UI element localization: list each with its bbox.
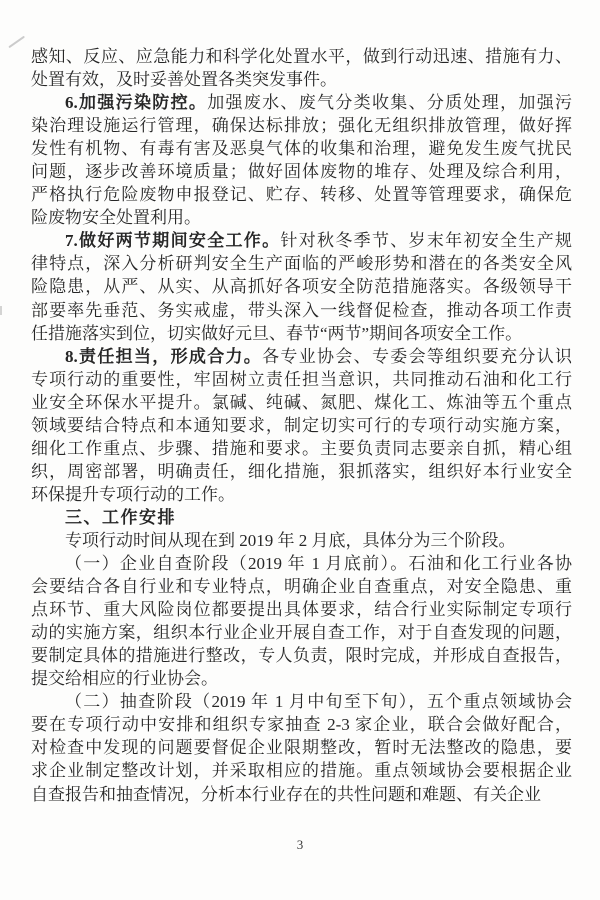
doc-line: 环保提升专项行动的工作。 [31,483,572,506]
doc-line: （二）抽查阶段（2019 年 1 月中旬至下旬），五个重点领域协会 [31,690,572,713]
doc-line: 提交给相应的行业协会。 [31,667,572,690]
text-run: 针对秋冬季节、岁末年初安全生产规 [280,231,572,250]
text-run: 感知、反应、应急能力和科学化处置水平，做到行动迅速、措施有力、 [31,47,572,66]
doc-line: 专项行动的重要性，牢固树立责任担当意识，共同推动石油和化工行 [31,368,572,391]
doc-line: 险隐患，从严、从实、从高抓好各项安全防范措施落实。各级领导干 [31,275,572,298]
text-run: 处置有效，及时妥善处置各类突发事件。 [31,70,337,89]
text-run: 对检查中发现的问题要督促企业限期整改，暂时无法整改的隐患，要 [31,738,572,757]
text-run: 业安全环保水平提升。氯碱、纯碱、氮肥、煤化工、炼油等五个重点 [31,393,572,412]
text-run: 各专业协会、专委会等组织要充分认识 [262,347,572,366]
doc-line: 点环节、重大风险岗位都要提出具体要求，结合行业实际制定专项行 [31,598,572,621]
text-run: 要制定具体的措施进行整改，专人负责，限时完成，并形成自查报告， [31,646,572,665]
text-run: 领域要结合特点和本通知要求，制定切实可行的专项行动实施方案， [31,416,572,435]
doc-line: 细化工作重点、步骤、措施和要求。主要负责同志要亲自抓，精心组 [31,437,572,460]
doc-line: 感知、反应、应急能力和科学化处置水平，做到行动迅速、措施有力、 [31,45,572,68]
doc-line: 问题，逐步改善环境质量；做好固体废物的堆存、处理及综合利用， [31,160,572,183]
text-run: 求企业制定整改计划，并采取相应的措施。重点领域协会要根据企业 [31,761,572,780]
doc-line: 严格执行危险废物申报登记、贮存、转移、处置等管理要求，确保危 [31,183,572,206]
text-run: （二）抽查阶段（2019 年 1 月中旬至下旬），五个重点领域协会 [65,692,572,711]
doc-line: 领域要结合特点和本通知要求，制定切实可行的专项行动实施方案， [31,414,572,437]
doc-line: 对检查中发现的问题要督促企业限期整改，暂时无法整改的隐患，要 [31,736,572,759]
text-run: 环保提升专项行动的工作。 [31,485,235,504]
page-number: 3 [0,837,600,853]
doc-line: 部要率先垂范、务实戒虚，带头深入一线督促检查，推动各项工作责 [31,299,572,322]
text-run: 细化工作重点、步骤、措施和要求。主要负责同志要亲自抓，精心组 [31,439,572,458]
text-run: 险隐患，从严、从实、从高抓好各项安全防范措施落实。各级领导干 [31,277,572,296]
text-run: 专项行动的重要性，牢固树立责任担当意识，共同推动石油和化工行 [31,370,572,389]
doc-line: 要在专项行动中安排和组织专家抽查 2-3 家企业，联合会做好配合， [31,713,572,736]
text-run: 自查报告和抽查情况，分析本行业存在的共性问题和难题、有关企业 [31,785,541,804]
text-run: 险废物安全处置利用。 [31,208,201,227]
scan-speck [0,306,2,315]
document-body: 感知、反应、应急能力和科学化处置水平，做到行动迅速、措施有力、处置有效，及时妥善… [31,45,572,806]
section-heading-line: 三、工作安排 [31,506,572,529]
doc-line: 织，周密部署，明确责任，细化措施，狠抓落实，组织好本行业安全 [31,460,572,483]
scan-scratch-mark [8,36,24,48]
text-run: 严格执行危险废物申报登记、贮存、转移、处置等管理要求，确保危 [31,185,572,204]
text-run: 专项行动时间从现在到 2019 年 2 月底，具体分为三个阶段。 [65,531,516,550]
doc-line: 自查报告和抽查情况，分析本行业存在的共性问题和难题、有关企业 [31,783,572,806]
text-run: 点环节、重大风险岗位都要提出具体要求，结合行业实际制定专项行 [31,600,572,619]
text-run: 要在专项行动中安排和组织专家抽查 2-3 家企业，联合会做好配合， [31,715,572,734]
text-run: 加强废水、废气分类收集、分质处理，加强污 [207,93,572,112]
doc-line: 求企业制定整改计划，并采取相应的措施。重点领域协会要根据企业 [31,759,572,782]
doc-line: 8.责任担当，形成合力。各专业协会、专委会等组织要充分认识 [31,345,572,368]
text-run: 织，周密部署，明确责任，细化措施，狠抓落实，组织好本行业安全 [31,462,572,481]
text-run: 任措施落实到位，切实做好元旦、春节“两节”期间各项安全工作。 [31,324,522,343]
doc-line: 律特点，深入分析研判安全生产面临的严峻形势和潜在的各类安全风 [31,252,572,275]
text-run: 动的实施方案，组织本行业企业开展自查工作，对于自查发现的问题， [31,623,572,642]
bold-text-run: 三、工作安排 [65,508,176,527]
doc-line: 发性有机物、有毒有害及恶臭气体的收集和治理，避免发生废气扰民 [31,137,572,160]
text-run: 问题，逐步改善环境质量；做好固体废物的堆存、处理及综合利用， [31,162,572,181]
doc-line: 6.加强污染防控。加强废水、废气分类收集、分质处理，加强污 [31,91,572,114]
doc-line: 处置有效，及时妥善处置各类突发事件。 [31,68,572,91]
text-run: 律特点，深入分析研判安全生产面临的严峻形势和潜在的各类安全风 [31,254,572,273]
text-run: （一）企业自查阶段（2019 年 1 月底前）。石油和化工行业各协 [65,554,572,573]
doc-line: 动的实施方案，组织本行业企业开展自查工作，对于自查发现的问题， [31,621,572,644]
doc-line: （一）企业自查阶段（2019 年 1 月底前）。石油和化工行业各协 [31,552,572,575]
text-run: 染治理设施运行管理，确保达标排放；强化无组织排放管理，做好挥 [31,116,572,135]
text-run: 部要率先垂范、务实戒虚，带头深入一线督促检查，推动各项工作责 [31,301,572,320]
doc-line: 任措施落实到位，切实做好元旦、春节“两节”期间各项安全工作。 [31,322,572,345]
bold-text-run: 7.做好两节期间安全工作。 [65,231,280,250]
doc-line: 染治理设施运行管理，确保达标排放；强化无组织排放管理，做好挥 [31,114,572,137]
text-run: 提交给相应的行业协会。 [31,669,218,688]
doc-line: 要制定具体的措施进行整改，专人负责，限时完成，并形成自查报告， [31,644,572,667]
doc-line: 专项行动时间从现在到 2019 年 2 月底，具体分为三个阶段。 [31,529,572,552]
text-run: 会要结合各自行业和专业特点，明确企业自查重点，对安全隐患、重 [31,577,572,596]
doc-line: 会要结合各自行业和专业特点，明确企业自查重点，对安全隐患、重 [31,575,572,598]
text-run: 发性有机物、有毒有害及恶臭气体的收集和治理，避免发生废气扰民 [31,139,572,158]
bold-text-run: 6.加强污染防控。 [65,93,207,112]
doc-line: 7.做好两节期间安全工作。针对秋冬季节、岁末年初安全生产规 [31,229,572,252]
bold-text-run: 8.责任担当，形成合力。 [65,347,262,366]
doc-line: 险废物安全处置利用。 [31,206,572,229]
doc-line: 业安全环保水平提升。氯碱、纯碱、氮肥、煤化工、炼油等五个重点 [31,391,572,414]
